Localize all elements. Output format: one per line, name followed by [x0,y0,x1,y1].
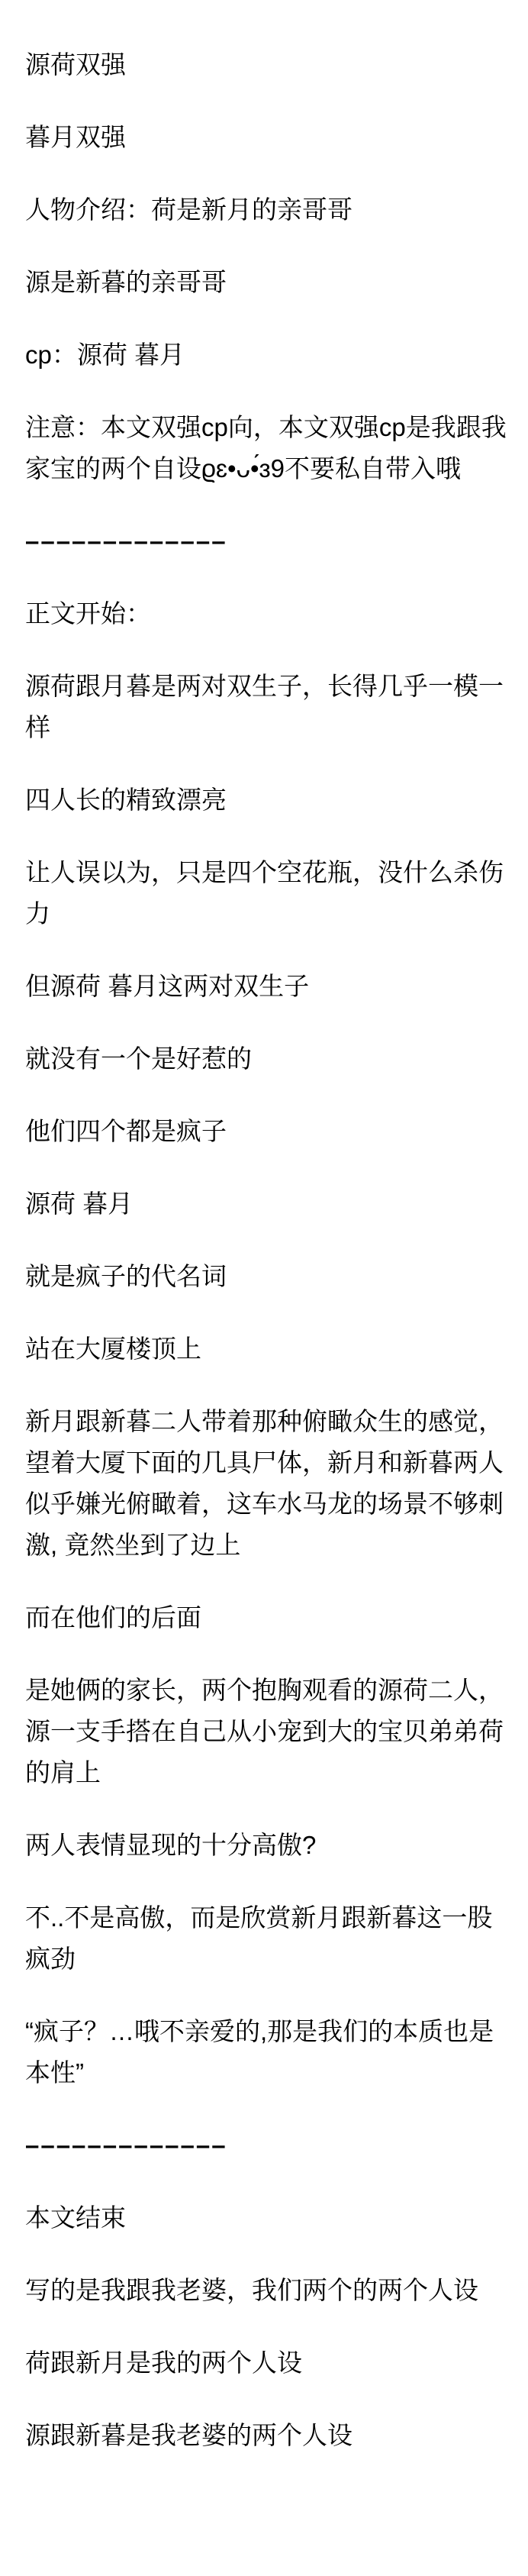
paragraph: 源跟新暮是我老婆的两个人设 [25,2415,521,2456]
text-line: 家宝的两个自设ϱɛ•ᴗ•́ɜ9不要私自带入哦 [25,448,521,489]
paragraph: 他们四个都是疯子 [25,1111,521,1152]
text-line: 两人表情显现的十分高傲? [25,1825,521,1866]
paragraph: 源是新暮的亲哥哥 [25,262,521,303]
paragraph: 本文结束 [25,2197,521,2239]
paragraph: 而在他们的后面 [25,1597,521,1638]
text-line: 本文结束 [25,2197,521,2239]
text-line: 源一支手搭在自己从小宠到大的宝贝弟弟荷 [25,1711,521,1752]
text-line: “疯子？…哦不亲爱的,那是我们的本质也是 [25,2011,521,2052]
separator-dashes: ––––––––––––– [25,2125,521,2166]
text-line: 四人长的精致漂亮 [25,780,521,821]
paragraph: 就是疯子的代名词 [25,1256,521,1297]
page-background: { "page": { "background_color": "#ffffff… [0,0,528,2576]
text-line: 源是新暮的亲哥哥 [25,262,521,303]
text-line: cp：源荷 暮月 [25,334,521,376]
text-line: 写的是我跟我老婆，我们两个的两个人设 [25,2270,521,2311]
text-line: 人物介绍：荷是新月的亲哥哥 [25,189,521,231]
text-line: 的肩上 [25,1752,521,1793]
paragraph: 暮月双强 [25,117,521,158]
text-line: 就没有一个是好惹的 [25,1038,521,1080]
text-line: 注意：本文双强cp向，本文双强cp是我跟我 [25,407,521,448]
text-line: 荷跟新月是我的两个人设 [25,2342,521,2384]
paragraph: 不..不是高傲，而是欣赏新月跟新暮这一股疯劲 [25,1897,521,1980]
paragraph: 两人表情显现的十分高傲? [25,1825,521,1866]
paragraph: 新月跟新暮二人带着那种俯瞰众生的感觉，望着大厦下面的几具尸体，新月和新暮两人似乎… [25,1401,521,1566]
paragraph: 源荷 暮月 [25,1183,521,1225]
text-line: 不..不是高傲，而是欣赏新月跟新暮这一股 [25,1897,521,1938]
text-line: 是她俩的家长，两个抱胸观看的源荷二人， [25,1670,521,1711]
text-line: 望着大厦下面的几具尸体，新月和新暮两人 [25,1442,521,1483]
paragraph: 人物介绍：荷是新月的亲哥哥 [25,189,521,231]
text-line: 暮月双强 [25,117,521,158]
text-line: 样 [25,707,521,748]
text-line: 激, 竟然坐到了边上 [25,1525,521,1566]
text-line: 就是疯子的代名词 [25,1256,521,1297]
paragraph: 写的是我跟我老婆，我们两个的两个人设 [25,2270,521,2311]
text-line: 他们四个都是疯子 [25,1111,521,1152]
paragraph: 站在大厦楼顶上 [25,1328,521,1370]
text-line: 正文开始： [25,593,521,634]
text-line: 源荷双强 [25,44,521,86]
text-line: 站在大厦楼顶上 [25,1328,521,1370]
separator-line: ––––––––––––– [25,2125,521,2166]
paragraph: cp：源荷 暮月 [25,334,521,376]
separator-dashes: ––––––––––––– [25,521,521,562]
text-line: 源荷 暮月 [25,1183,521,1225]
text-line: 本性” [25,2052,521,2093]
text-line: 源荷跟月暮是两对双生子，长得几乎一模一 [25,666,521,707]
paragraph: 注意：本文双强cp向，本文双强cp是我跟我家宝的两个自设ϱɛ•ᴗ•́ɜ9不要私自… [25,407,521,489]
paragraph: 但源荷 暮月这两对双生子 [25,966,521,1007]
paragraph: 就没有一个是好惹的 [25,1038,521,1080]
paragraph: 源荷跟月暮是两对双生子，长得几乎一模一样 [25,666,521,748]
text-line: 源跟新暮是我老婆的两个人设 [25,2415,521,2456]
text-line: 力 [25,893,521,935]
text-line: 但源荷 暮月这两对双生子 [25,966,521,1007]
paragraph: 是她俩的家长，两个抱胸观看的源荷二人，源一支手搭在自己从小宠到大的宝贝弟弟荷的肩… [25,1670,521,1793]
paragraph: 源荷双强 [25,44,521,86]
text-line: 新月跟新暮二人带着那种俯瞰众生的感觉， [25,1401,521,1442]
paragraph: “疯子？…哦不亲爱的,那是我们的本质也是本性” [25,2011,521,2093]
paragraph: 正文开始： [25,593,521,634]
paragraph: 荷跟新月是我的两个人设 [25,2342,521,2384]
text-line: 似乎嫌光俯瞰着，这车水马龙的场景不够刺 [25,1483,521,1525]
paragraph: 四人长的精致漂亮 [25,780,521,821]
separator-line: ––––––––––––– [25,521,521,562]
document-body: 源荷双强暮月双强人物介绍：荷是新月的亲哥哥源是新暮的亲哥哥cp：源荷 暮月注意：… [25,44,521,2456]
text-line: 而在他们的后面 [25,1597,521,1638]
paragraph: 让人误以为，只是四个空花瓶，没什么杀伤力 [25,852,521,935]
text-line: 疯劲 [25,1938,521,1980]
text-line: 让人误以为，只是四个空花瓶，没什么杀伤 [25,852,521,893]
